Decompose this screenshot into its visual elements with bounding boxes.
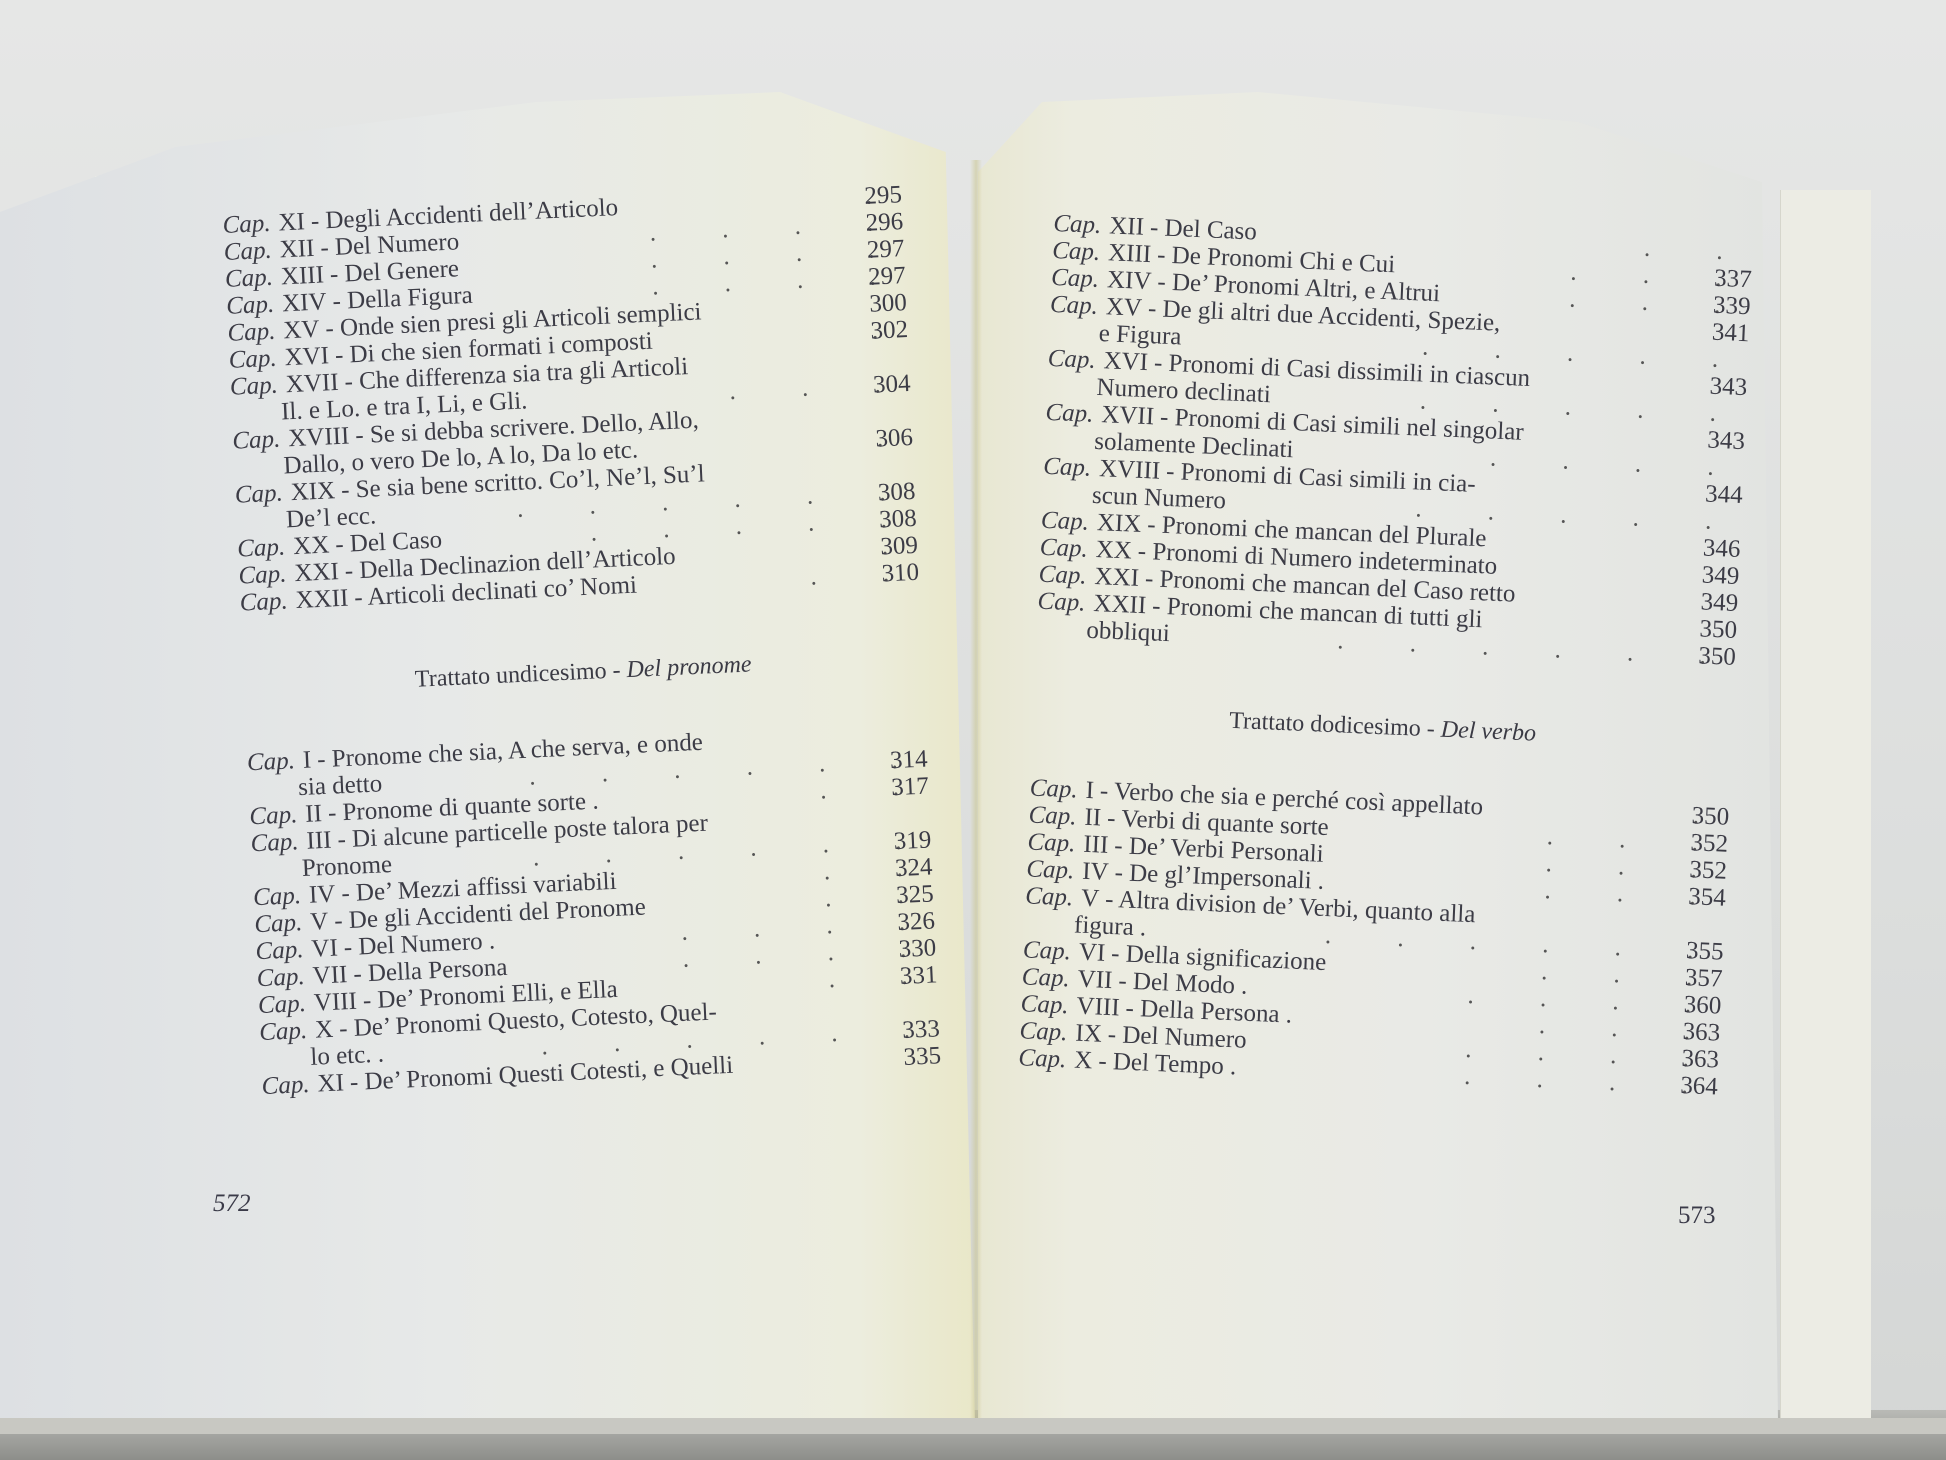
chapter-prefix: Cap.: [224, 264, 273, 293]
toc-list-section: Cap.I- Pronome che sia, A che serva, e o…: [246, 719, 941, 1100]
book-cover-right: [1780, 190, 1871, 1430]
chapter-prefix: Cap.: [1053, 210, 1102, 239]
chapter-number: XXI: [294, 558, 340, 587]
chapter-prefix: Cap.: [227, 318, 276, 347]
chapter-prefix: Cap.: [237, 533, 286, 562]
chapter-prefix: Cap.: [1028, 801, 1077, 830]
page-reference: 297: [844, 235, 905, 265]
chapter-prefix: Cap.: [228, 345, 277, 374]
chapter-prefix: Cap.: [234, 480, 283, 509]
chapter-number: XIII: [1108, 239, 1152, 268]
page-reference: 352: [1666, 855, 1727, 884]
chapter-number: XX: [1095, 536, 1132, 564]
chapter-number: I: [302, 747, 312, 774]
chapter-number: XX: [293, 531, 330, 560]
chapter-number: X: [315, 1016, 334, 1044]
page-reference: 337: [1691, 264, 1752, 293]
chapter-number: XI: [317, 1069, 345, 1097]
chapter-number: II: [305, 800, 323, 828]
page-reference: 349: [1679, 561, 1740, 590]
chapter-number: XIX: [1096, 509, 1142, 538]
page-reference: 324: [872, 853, 933, 883]
chapter-number: XVI: [284, 342, 330, 371]
chapter-prefix: Cap.: [253, 882, 302, 911]
chapter-prefix: Cap.: [261, 1071, 310, 1100]
section-heading: Trattato undicesimo - Del pronome: [243, 644, 924, 702]
chapter-number: VI: [1078, 939, 1105, 967]
chapter-number: XVII: [1101, 401, 1155, 430]
chapter-number: II: [1084, 804, 1102, 832]
page-reference: 344: [1682, 480, 1743, 509]
chapter-prefix: Cap.: [1038, 561, 1087, 590]
page-reference: 310: [859, 559, 920, 589]
chapter-prefix: Cap.: [1051, 264, 1100, 293]
chapter-number: XXII: [295, 585, 349, 614]
page-reference: 350: [1675, 641, 1736, 670]
chapter-number: XVIII: [1099, 455, 1161, 485]
chapter-number: XII: [1109, 212, 1145, 240]
chapter-number: VII: [312, 961, 348, 990]
page-reference: 363: [1660, 1017, 1721, 1046]
chapter-prefix: Cap.: [255, 936, 304, 965]
chapter-number: XV: [1105, 293, 1142, 321]
page-reference: 346: [1680, 534, 1741, 563]
toc-list-section: Cap.I- Verbo che sia e perché così appel…: [1018, 775, 1730, 1101]
page-reference: 297: [845, 262, 906, 292]
page-reference: 350: [1669, 801, 1730, 830]
chapter-number: XVIII: [288, 422, 350, 452]
page-reference: 308: [856, 505, 917, 535]
chapter-prefix: Cap.: [1045, 399, 1094, 428]
page-reference: 308: [855, 478, 916, 508]
page-reference: 304: [850, 370, 911, 400]
chapter-prefix: Cap.: [223, 237, 272, 266]
chapter-number: III: [1083, 831, 1109, 859]
toc-list-top: Cap.XII- Del Caso. .Cap.XIII- De Pronomi…: [1036, 210, 1753, 671]
chapter-number: VIII: [1076, 993, 1120, 1022]
chapter-number: IX: [1075, 1020, 1102, 1048]
page-reference: 360: [1661, 990, 1722, 1019]
chapter-number: VIII: [313, 988, 357, 1017]
section-label: Trattato undicesimo -: [414, 657, 621, 692]
chapter-prefix: Cap.: [259, 1017, 308, 1046]
chapter-number: XIV: [1106, 266, 1152, 295]
chapter-prefix: Cap.: [1027, 828, 1076, 857]
page-reference: 330: [876, 934, 937, 964]
chapter-prefix: Cap.: [246, 747, 295, 776]
page-reference: 317: [868, 773, 929, 803]
chapter-number: I: [1085, 777, 1094, 804]
chapter-number: XV: [283, 316, 320, 345]
chapter-number: VI: [311, 935, 339, 963]
page-reference: 319: [871, 826, 932, 856]
chapter-prefix: Cap.: [1029, 775, 1078, 804]
page-reference: 309: [857, 532, 918, 562]
chapter-number: XIII: [280, 261, 324, 290]
page-reference: 300: [846, 289, 907, 319]
chapter-prefix: Cap.: [1052, 237, 1101, 266]
chapter-prefix: Cap.: [1025, 882, 1074, 911]
chapter-number: XI: [278, 208, 306, 236]
chapter-prefix: Cap.: [1026, 855, 1075, 884]
page-reference: 302: [847, 316, 908, 346]
chapter-number: XII: [279, 235, 315, 264]
chapter-prefix: Cap.: [1021, 963, 1070, 992]
chapter-prefix: Cap.: [249, 801, 298, 830]
chapter-prefix: Cap.: [1020, 990, 1069, 1019]
chapter-prefix: Cap.: [239, 587, 288, 616]
page-reference: 354: [1665, 882, 1726, 911]
chapter-prefix: Cap.: [256, 963, 305, 992]
page-reference: 350: [1676, 614, 1737, 643]
page-reference: 339: [1690, 291, 1751, 320]
chapter-prefix: Cap.: [1049, 291, 1098, 320]
page-reference: 306: [852, 424, 913, 454]
page-reference: 355: [1663, 936, 1724, 965]
page-reference: 314: [867, 746, 928, 776]
chapter-number: IV: [1082, 858, 1109, 886]
page-reference: 349: [1678, 587, 1739, 616]
page-reference: 341: [1689, 318, 1750, 347]
page-reference: 325: [873, 880, 934, 910]
chapter-prefix: Cap.: [222, 210, 271, 239]
section-label: Trattato dodicesimo -: [1229, 708, 1436, 743]
chapter-prefix: Cap.: [1022, 936, 1071, 965]
chapter-number: V: [310, 908, 329, 936]
chapter-number: XXII: [1093, 590, 1147, 619]
chapter-prefix: Cap.: [238, 560, 287, 589]
page-reference: 326: [874, 907, 935, 937]
chapter-number: XVI: [1103, 347, 1149, 376]
chapter-prefix: Cap.: [1018, 1044, 1067, 1073]
left-page-toc: Cap.XI- Degli Accidenti dell’Articolo.29…: [222, 181, 942, 1100]
chapter-number: III: [306, 827, 332, 855]
chapter-prefix: Cap.: [226, 291, 275, 320]
chapter-number: XVII: [285, 369, 339, 398]
chapter-prefix: Cap.: [232, 426, 281, 455]
page-reference: 364: [1657, 1071, 1718, 1100]
page-reference: 357: [1662, 963, 1723, 992]
toc-list-top: Cap.XI- Degli Accidenti dell’Articolo.29…: [222, 181, 920, 616]
page-reference: 335: [880, 1042, 941, 1072]
chapter-number: IV: [308, 881, 336, 909]
page-reference: 295: [841, 181, 902, 211]
chapter-prefix: Cap.: [1047, 345, 1096, 374]
page-reference: 333: [879, 1015, 940, 1045]
section-heading: Trattato dodicesimo - Del verbo: [1032, 700, 1733, 756]
page-number-right: 573: [1678, 1202, 1716, 1230]
chapter-prefix: Cap.: [257, 990, 306, 1019]
chapter-number: XIX: [290, 477, 336, 506]
section-subject: Del verbo: [1440, 717, 1536, 747]
chapter-prefix: Cap.: [1039, 534, 1088, 563]
page-reference: 352: [1668, 828, 1729, 857]
chapter-number: V: [1081, 885, 1100, 913]
page-block-bottom: [0, 1418, 1946, 1434]
page-number-left: 572: [213, 1190, 251, 1218]
chapter-prefix: Cap.: [229, 372, 278, 401]
chapter-prefix: Cap.: [1037, 588, 1086, 617]
chapter-prefix: Cap.: [1040, 507, 1089, 536]
chapter-number: XIV: [282, 288, 328, 317]
page-reference: 331: [877, 961, 938, 991]
chapter-prefix: Cap.: [1019, 1017, 1068, 1046]
chapter-number: XXI: [1094, 563, 1140, 592]
chapter-number: X: [1074, 1047, 1093, 1075]
chapter-prefix: Cap.: [250, 828, 299, 857]
chapter-number: VII: [1077, 966, 1113, 994]
page-reference: 296: [843, 208, 904, 238]
page-reference: 343: [1687, 372, 1748, 401]
right-page-toc: Cap.XII- Del Caso. .Cap.XIII- De Pronomi…: [1018, 210, 1753, 1101]
chapter-prefix: Cap.: [254, 909, 303, 938]
page-reference: 363: [1658, 1044, 1719, 1073]
book-gutter: [970, 160, 982, 1430]
section-subject: Del pronome: [626, 651, 752, 683]
page-reference: 343: [1684, 426, 1745, 455]
chapter-prefix: Cap.: [1043, 453, 1092, 482]
